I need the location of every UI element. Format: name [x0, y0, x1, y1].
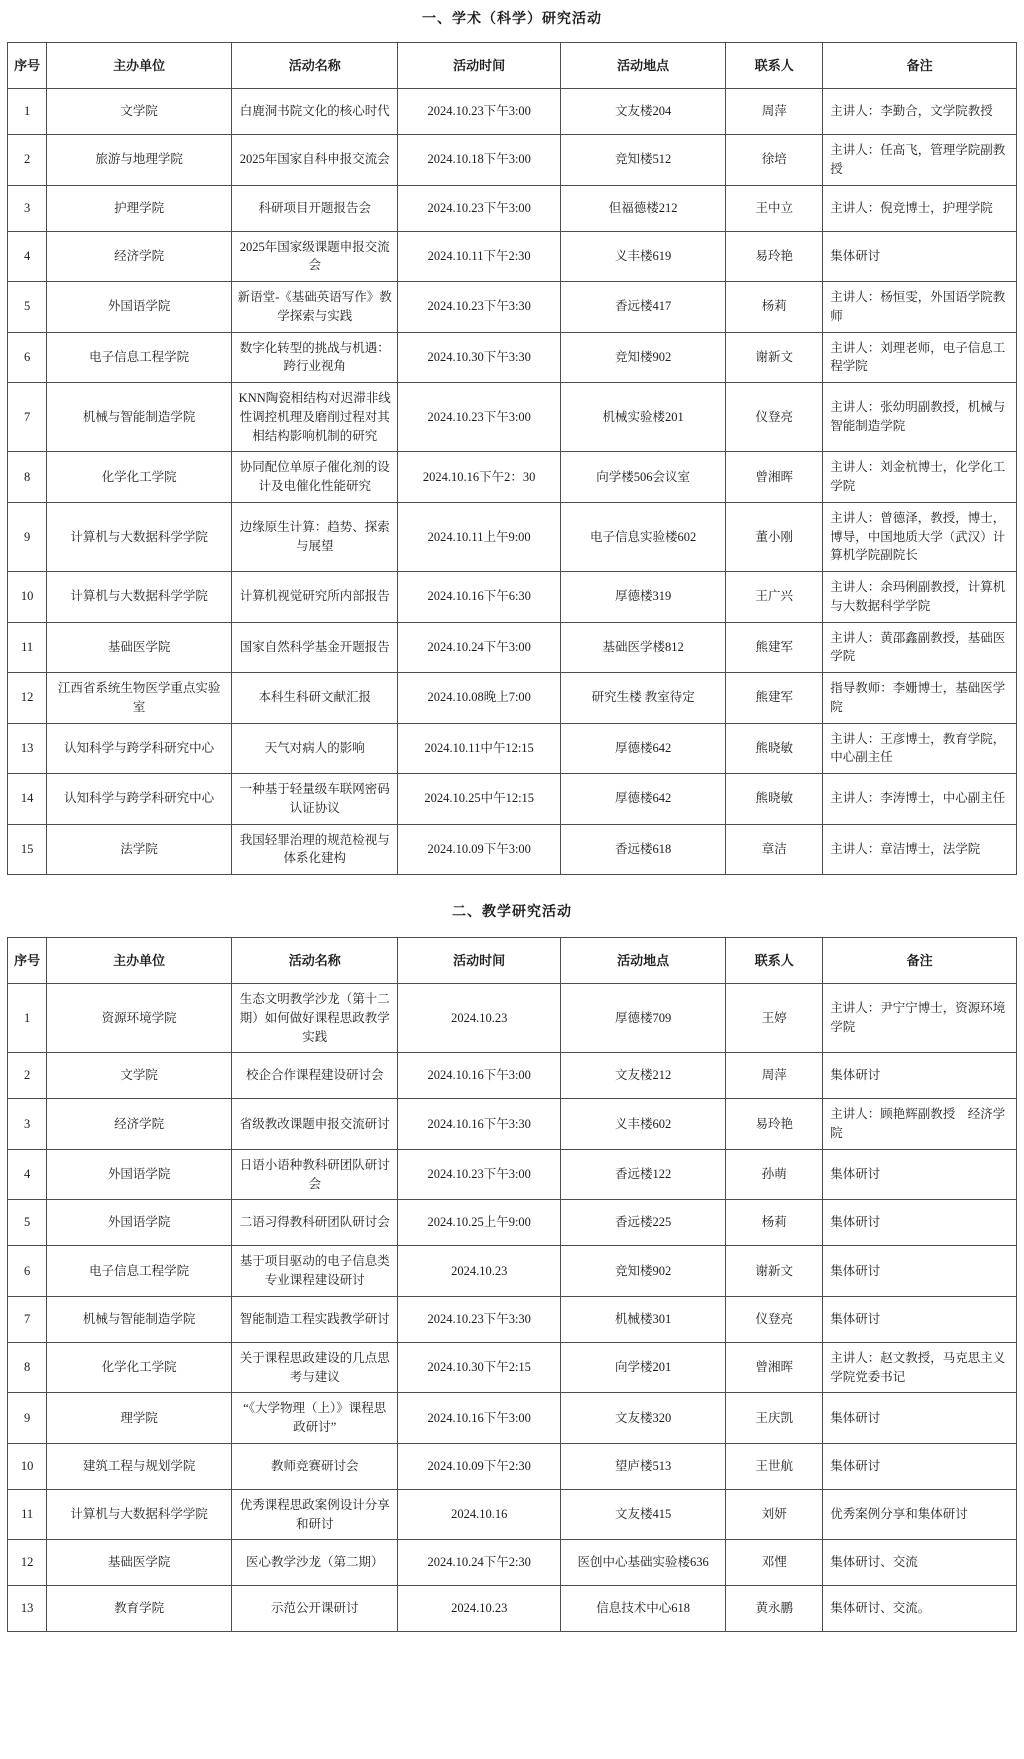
table-row: 5外国语学院新语堂-《基础英语写作》教学探索与实践2024.10.23下午3:3… — [8, 282, 1017, 333]
cell-organizer: 经济学院 — [47, 231, 232, 282]
cell-activity-name: 国家自然科学基金开题报告 — [231, 622, 397, 673]
table-row: 10建筑工程与规划学院教师竞赛研讨会2024.10.09下午2:30望庐楼513… — [8, 1443, 1017, 1489]
document-page: 一、学术（科学）研究活动 序号主办单位活动名称活动时间活动地点联系人备注 1文学… — [0, 0, 1024, 1632]
cell-no: 12 — [8, 1540, 47, 1586]
header-row: 序号主办单位活动名称活动时间活动地点联系人备注 — [8, 938, 1017, 984]
cell-no: 8 — [8, 1342, 47, 1393]
cell-activity-name: 基于项目驱动的电子信息类专业课程建设研讨 — [231, 1246, 397, 1297]
cell-organizer: 外国语学院 — [47, 1149, 232, 1200]
column-header-no: 序号 — [8, 938, 47, 984]
column-header-note: 备注 — [823, 938, 1017, 984]
table-body: 1资源环境学院生态文明教学沙龙（第十二期）如何做好课程思政教学实践2024.10… — [8, 984, 1017, 1632]
cell-note: 主讲人：张幼明副教授，机械与智能制造学院 — [823, 383, 1017, 452]
column-header-organizer: 主办单位 — [47, 43, 232, 89]
cell-activity-time: 2024.10.23 — [398, 1246, 560, 1297]
cell-note: 主讲人：曾德泽，教授，博士，博导，中国地质大学（武汉）计算机学院副院长 — [823, 502, 1017, 571]
table-row: 7机械与智能制造学院KNN陶瓷相结构对迟滞非线性调控机理及磨削过程对其相结构影响… — [8, 383, 1017, 452]
cell-no: 6 — [8, 332, 47, 383]
cell-activity-name: 优秀课程思政案例设计分享和研讨 — [231, 1489, 397, 1540]
cell-contact: 徐培 — [726, 135, 823, 186]
cell-no: 14 — [8, 774, 47, 825]
cell-activity-time: 2024.10.30下午2:15 — [398, 1342, 560, 1393]
column-header-activity-place: 活动地点 — [560, 43, 725, 89]
cell-contact: 杨莉 — [726, 1200, 823, 1246]
cell-activity-place: 文友楼212 — [560, 1053, 725, 1099]
cell-note: 主讲人：李勤合，文学院教授 — [823, 89, 1017, 135]
cell-organizer: 建筑工程与规划学院 — [47, 1443, 232, 1489]
cell-note: 集体研讨 — [823, 1246, 1017, 1297]
cell-activity-place: 医创中心基础实验楼636 — [560, 1540, 725, 1586]
cell-contact: 刘妍 — [726, 1489, 823, 1540]
cell-contact: 熊晓敏 — [726, 774, 823, 825]
cell-activity-time: 2024.10.16下午3:30 — [398, 1099, 560, 1150]
cell-organizer: 外国语学院 — [47, 282, 232, 333]
cell-activity-name: 本科生科研文献汇报 — [231, 673, 397, 724]
cell-note: 主讲人：刘金杭博士，化学化工学院 — [823, 452, 1017, 503]
cell-activity-name: 2025年国家自科申报交流会 — [231, 135, 397, 186]
cell-activity-place: 香远楼122 — [560, 1149, 725, 1200]
cell-contact: 章洁 — [726, 824, 823, 875]
table-row: 2文学院校企合作课程建设研讨会2024.10.16下午3:00文友楼212周萍集… — [8, 1053, 1017, 1099]
cell-organizer: 电子信息工程学院 — [47, 1246, 232, 1297]
cell-activity-name: “《大学物理（上）》课程思政研讨” — [231, 1393, 397, 1444]
cell-activity-place: 望庐楼513 — [560, 1443, 725, 1489]
cell-activity-place: 向学楼506会议室 — [560, 452, 725, 503]
cell-contact: 王婷 — [726, 984, 823, 1053]
cell-activity-name: 省级教改课题申报交流研讨 — [231, 1099, 397, 1150]
cell-activity-time: 2024.10.16下午3:00 — [398, 1053, 560, 1099]
cell-organizer: 理学院 — [47, 1393, 232, 1444]
cell-no: 4 — [8, 231, 47, 282]
cell-organizer: 基础医学院 — [47, 622, 232, 673]
cell-no: 11 — [8, 1489, 47, 1540]
cell-organizer: 法学院 — [47, 824, 232, 875]
cell-activity-place: 厚德楼642 — [560, 723, 725, 774]
cell-no: 3 — [8, 1099, 47, 1150]
cell-activity-name: KNN陶瓷相结构对迟滞非线性调控机理及磨削过程对其相结构影响机制的研究 — [231, 383, 397, 452]
cell-contact: 曾湘晖 — [726, 1342, 823, 1393]
cell-organizer: 认知科学与跨学科研究中心 — [47, 774, 232, 825]
cell-activity-name: 医心教学沙龙（第二期） — [231, 1540, 397, 1586]
column-header-activity-place: 活动地点 — [560, 938, 725, 984]
academic-research-table: 序号主办单位活动名称活动时间活动地点联系人备注 1文学院白鹿洞书院文化的核心时代… — [7, 42, 1017, 875]
cell-activity-name: 计算机视觉研究所内部报告 — [231, 572, 397, 623]
column-header-contact: 联系人 — [726, 938, 823, 984]
cell-note: 主讲人：章洁博士，法学院 — [823, 824, 1017, 875]
table-row: 6电子信息工程学院基于项目驱动的电子信息类专业课程建设研讨2024.10.23竞… — [8, 1246, 1017, 1297]
table-row: 3经济学院省级教改课题申报交流研讨2024.10.16下午3:30义丰楼602易… — [8, 1099, 1017, 1150]
cell-contact: 熊晓敏 — [726, 723, 823, 774]
cell-activity-time: 2024.10.16下午2：30 — [398, 452, 560, 503]
cell-no: 9 — [8, 1393, 47, 1444]
cell-no: 12 — [8, 673, 47, 724]
cell-activity-name: 一种基于轻量级车联网密码认证协议 — [231, 774, 397, 825]
cell-activity-place: 厚德楼709 — [560, 984, 725, 1053]
table-row: 13认知科学与跨学科研究中心天气对病人的影响2024.10.11中午12:15厚… — [8, 723, 1017, 774]
table-row: 2旅游与地理学院2025年国家自科申报交流会2024.10.18下午3:00竞知… — [8, 135, 1017, 186]
table-row: 8化学化工学院关于课程思政建设的几点思考与建议2024.10.30下午2:15向… — [8, 1342, 1017, 1393]
cell-activity-place: 文友楼415 — [560, 1489, 725, 1540]
cell-activity-name: 示范公开课研讨 — [231, 1586, 397, 1632]
cell-note: 主讲人：杨恒雯，外国语学院教师 — [823, 282, 1017, 333]
cell-activity-name: 边缘原生计算：趋势、探索与展望 — [231, 502, 397, 571]
cell-activity-time: 2024.10.11上午9:00 — [398, 502, 560, 571]
cell-contact: 王广兴 — [726, 572, 823, 623]
cell-activity-name: 我国轻罪治理的规范检视与体系化建构 — [231, 824, 397, 875]
cell-note: 主讲人：任高飞，管理学院副教授 — [823, 135, 1017, 186]
cell-activity-time: 2024.10.23下午3:30 — [398, 282, 560, 333]
cell-activity-name: 白鹿洞书院文化的核心时代 — [231, 89, 397, 135]
cell-no: 5 — [8, 1200, 47, 1246]
cell-no: 5 — [8, 282, 47, 333]
cell-no: 1 — [8, 89, 47, 135]
cell-activity-time: 2024.10.09下午3:00 — [398, 824, 560, 875]
cell-activity-time: 2024.10.30下午3:30 — [398, 332, 560, 383]
cell-contact: 周萍 — [726, 1053, 823, 1099]
teaching-research-table: 序号主办单位活动名称活动时间活动地点联系人备注 1资源环境学院生态文明教学沙龙（… — [7, 937, 1017, 1632]
table-row: 4外国语学院日语小语种教科研团队研讨会2024.10.23下午3:00香远楼12… — [8, 1149, 1017, 1200]
cell-activity-name: 关于课程思政建设的几点思考与建议 — [231, 1342, 397, 1393]
table-row: 7机械与智能制造学院智能制造工程实践教学研讨2024.10.23下午3:30机械… — [8, 1296, 1017, 1342]
cell-activity-name: 智能制造工程实践教学研讨 — [231, 1296, 397, 1342]
table-header: 序号主办单位活动名称活动时间活动地点联系人备注 — [8, 43, 1017, 89]
column-header-organizer: 主办单位 — [47, 938, 232, 984]
table-row: 11基础医学院国家自然科学基金开题报告2024.10.24下午3:00基础医学楼… — [8, 622, 1017, 673]
cell-no: 7 — [8, 383, 47, 452]
table-row: 9理学院“《大学物理（上）》课程思政研讨”2024.10.16下午3:00文友楼… — [8, 1393, 1017, 1444]
cell-contact: 王中立 — [726, 185, 823, 231]
cell-organizer: 经济学院 — [47, 1099, 232, 1150]
cell-contact: 周萍 — [726, 89, 823, 135]
cell-note: 主讲人：尹宁宁博士，资源环境学院 — [823, 984, 1017, 1053]
cell-contact: 王世航 — [726, 1443, 823, 1489]
cell-activity-place: 义丰楼619 — [560, 231, 725, 282]
cell-contact: 熊建军 — [726, 673, 823, 724]
cell-note: 集体研讨、交流。 — [823, 1586, 1017, 1632]
cell-activity-time: 2024.10.23下午3:00 — [398, 185, 560, 231]
cell-note: 集体研讨 — [823, 1053, 1017, 1099]
cell-activity-time: 2024.10.24下午2:30 — [398, 1540, 560, 1586]
cell-activity-time: 2024.10.23 — [398, 1586, 560, 1632]
cell-no: 2 — [8, 1053, 47, 1099]
cell-activity-name: 天气对病人的影响 — [231, 723, 397, 774]
cell-organizer: 电子信息工程学院 — [47, 332, 232, 383]
table-row: 8化学化工学院协同配位单原子催化剂的设计及电催化性能研究2024.10.16下午… — [8, 452, 1017, 503]
table-row: 6电子信息工程学院数字化转型的挑战与机遇：跨行业视角2024.10.30下午3:… — [8, 332, 1017, 383]
cell-activity-place: 向学楼201 — [560, 1342, 725, 1393]
cell-activity-time: 2024.10.23下午3:30 — [398, 1296, 560, 1342]
cell-contact: 杨莉 — [726, 282, 823, 333]
cell-note: 集体研讨 — [823, 1200, 1017, 1246]
cell-activity-name: 教师竞赛研讨会 — [231, 1443, 397, 1489]
cell-note: 主讲人：顾艳辉副教授 经济学院 — [823, 1099, 1017, 1150]
table-row: 1文学院白鹿洞书院文化的核心时代2024.10.23下午3:00文友楼204周萍… — [8, 89, 1017, 135]
table-row: 11计算机与大数据科学学院优秀课程思政案例设计分享和研讨2024.10.16文友… — [8, 1489, 1017, 1540]
cell-note: 主讲人：黄邵鑫副教授，基础医学院 — [823, 622, 1017, 673]
cell-activity-time: 2024.10.09下午2:30 — [398, 1443, 560, 1489]
cell-contact: 仪登亮 — [726, 383, 823, 452]
cell-contact: 熊建军 — [726, 622, 823, 673]
cell-activity-place: 厚德楼319 — [560, 572, 725, 623]
cell-activity-time: 2024.10.23下午3:00 — [398, 1149, 560, 1200]
cell-contact: 谢新文 — [726, 332, 823, 383]
column-header-note: 备注 — [823, 43, 1017, 89]
cell-activity-time: 2024.10.16 — [398, 1489, 560, 1540]
cell-activity-place: 香远楼618 — [560, 824, 725, 875]
cell-activity-place: 竞知楼902 — [560, 332, 725, 383]
table-row: 3护理学院科研项目开题报告会2024.10.23下午3:00但福德楼212王中立… — [8, 185, 1017, 231]
cell-contact: 仪登亮 — [726, 1296, 823, 1342]
table-body: 1文学院白鹿洞书院文化的核心时代2024.10.23下午3:00文友楼204周萍… — [8, 89, 1017, 875]
cell-activity-name: 校企合作课程建设研讨会 — [231, 1053, 397, 1099]
cell-activity-time: 2024.10.23下午3:00 — [398, 383, 560, 452]
cell-no: 11 — [8, 622, 47, 673]
cell-activity-time: 2024.10.25上午9:00 — [398, 1200, 560, 1246]
cell-organizer: 旅游与地理学院 — [47, 135, 232, 186]
column-header-contact: 联系人 — [726, 43, 823, 89]
cell-note: 主讲人：刘理老师，电子信息工程学院 — [823, 332, 1017, 383]
table-row: 14认知科学与跨学科研究中心一种基于轻量级车联网密码认证协议2024.10.25… — [8, 774, 1017, 825]
cell-note: 集体研讨 — [823, 1443, 1017, 1489]
table-row: 10计算机与大数据科学学院计算机视觉研究所内部报告2024.10.16下午6:3… — [8, 572, 1017, 623]
cell-organizer: 化学化工学院 — [47, 452, 232, 503]
cell-organizer: 教育学院 — [47, 1586, 232, 1632]
cell-note: 主讲人：李涛博士，中心副主任 — [823, 774, 1017, 825]
cell-no: 4 — [8, 1149, 47, 1200]
cell-organizer: 机械与智能制造学院 — [47, 1296, 232, 1342]
cell-contact: 易玲艳 — [726, 1099, 823, 1150]
cell-activity-time: 2024.10.24下午3:00 — [398, 622, 560, 673]
cell-no: 10 — [8, 1443, 47, 1489]
cell-activity-place: 义丰楼602 — [560, 1099, 725, 1150]
cell-organizer: 认知科学与跨学科研究中心 — [47, 723, 232, 774]
column-header-activity-time: 活动时间 — [398, 43, 560, 89]
table-row: 13教育学院示范公开课研讨2024.10.23信息技术中心618黄永鹏集体研讨、… — [8, 1586, 1017, 1632]
cell-activity-time: 2024.10.18下午3:00 — [398, 135, 560, 186]
cell-contact: 谢新文 — [726, 1246, 823, 1297]
header-row: 序号主办单位活动名称活动时间活动地点联系人备注 — [8, 43, 1017, 89]
cell-activity-place: 香远楼225 — [560, 1200, 725, 1246]
cell-no: 13 — [8, 723, 47, 774]
cell-activity-time: 2024.10.16下午6:30 — [398, 572, 560, 623]
cell-activity-place: 竞知楼902 — [560, 1246, 725, 1297]
cell-activity-name: 二语习得教科研团队研讨会 — [231, 1200, 397, 1246]
cell-activity-place: 厚德楼642 — [560, 774, 725, 825]
cell-activity-place: 文友楼204 — [560, 89, 725, 135]
cell-activity-place: 机械实验楼201 — [560, 383, 725, 452]
table-row: 12基础医学院医心教学沙龙（第二期）2024.10.24下午2:30医创中心基础… — [8, 1540, 1017, 1586]
table-header: 序号主办单位活动名称活动时间活动地点联系人备注 — [8, 938, 1017, 984]
cell-note: 集体研讨 — [823, 1393, 1017, 1444]
cell-activity-time: 2024.10.11中午12:15 — [398, 723, 560, 774]
cell-organizer: 机械与智能制造学院 — [47, 383, 232, 452]
cell-activity-place: 基础医学楼812 — [560, 622, 725, 673]
cell-activity-time: 2024.10.25中午12:15 — [398, 774, 560, 825]
cell-note: 集体研讨 — [823, 231, 1017, 282]
cell-organizer: 护理学院 — [47, 185, 232, 231]
cell-organizer: 计算机与大数据科学学院 — [47, 502, 232, 571]
cell-contact: 曾湘晖 — [726, 452, 823, 503]
column-header-activity-time: 活动时间 — [398, 938, 560, 984]
table-row: 5外国语学院二语习得教科研团队研讨会2024.10.25上午9:00香远楼225… — [8, 1200, 1017, 1246]
column-header-activity-name: 活动名称 — [231, 938, 397, 984]
cell-organizer: 文学院 — [47, 1053, 232, 1099]
table-row: 12江西省系统生物医学重点实验室本科生科研文献汇报2024.10.08晚上7:0… — [8, 673, 1017, 724]
cell-activity-place: 电子信息实验楼602 — [560, 502, 725, 571]
cell-no: 8 — [8, 452, 47, 503]
column-header-activity-name: 活动名称 — [231, 43, 397, 89]
cell-contact: 易玲艳 — [726, 231, 823, 282]
cell-activity-time: 2024.10.08晚上7:00 — [398, 673, 560, 724]
cell-activity-name: 生态文明教学沙龙（第十二期）如何做好课程思政教学实践 — [231, 984, 397, 1053]
cell-no: 1 — [8, 984, 47, 1053]
cell-activity-name: 2025年国家级课题申报交流会 — [231, 231, 397, 282]
cell-no: 7 — [8, 1296, 47, 1342]
cell-contact: 黄永鹏 — [726, 1586, 823, 1632]
cell-note: 主讲人：倪竞博士，护理学院 — [823, 185, 1017, 231]
cell-note: 主讲人：王彦博士，教育学院，中心副主任 — [823, 723, 1017, 774]
cell-activity-place: 研究生楼 教室待定 — [560, 673, 725, 724]
cell-contact: 董小刚 — [726, 502, 823, 571]
column-header-no: 序号 — [8, 43, 47, 89]
table-row: 1资源环境学院生态文明教学沙龙（第十二期）如何做好课程思政教学实践2024.10… — [8, 984, 1017, 1053]
cell-activity-place: 机械楼301 — [560, 1296, 725, 1342]
cell-note: 优秀案例分享和集体研讨 — [823, 1489, 1017, 1540]
cell-organizer: 计算机与大数据科学学院 — [47, 1489, 232, 1540]
section-teaching-research: 二、教学研究活动 序号主办单位活动名称活动时间活动地点联系人备注 1资源环境学院… — [0, 901, 1024, 1632]
cell-activity-place: 但福德楼212 — [560, 185, 725, 231]
section-academic-research: 一、学术（科学）研究活动 序号主办单位活动名称活动时间活动地点联系人备注 1文学… — [0, 8, 1024, 875]
cell-organizer: 外国语学院 — [47, 1200, 232, 1246]
cell-activity-name: 科研项目开题报告会 — [231, 185, 397, 231]
cell-note: 主讲人：赵文教授，马克思主义学院党委书记 — [823, 1342, 1017, 1393]
cell-activity-place: 文友楼320 — [560, 1393, 725, 1444]
cell-activity-time: 2024.10.16下午3:00 — [398, 1393, 560, 1444]
cell-activity-time: 2024.10.23 — [398, 984, 560, 1053]
cell-activity-place: 香远楼417 — [560, 282, 725, 333]
cell-organizer: 江西省系统生物医学重点实验室 — [47, 673, 232, 724]
table-row: 15法学院我国轻罪治理的规范检视与体系化建构2024.10.09下午3:00香远… — [8, 824, 1017, 875]
cell-contact: 邓悝 — [726, 1540, 823, 1586]
cell-organizer: 文学院 — [47, 89, 232, 135]
cell-note: 主讲人：余玛俐副教授，计算机与大数据科学学院 — [823, 572, 1017, 623]
cell-activity-name: 数字化转型的挑战与机遇：跨行业视角 — [231, 332, 397, 383]
cell-note: 集体研讨、交流 — [823, 1540, 1017, 1586]
cell-activity-name: 日语小语种教科研团队研讨会 — [231, 1149, 397, 1200]
table-row: 4经济学院2025年国家级课题申报交流会2024.10.11下午2:30义丰楼6… — [8, 231, 1017, 282]
cell-no: 9 — [8, 502, 47, 571]
cell-no: 10 — [8, 572, 47, 623]
cell-activity-time: 2024.10.11下午2:30 — [398, 231, 560, 282]
cell-no: 15 — [8, 824, 47, 875]
cell-no: 6 — [8, 1246, 47, 1297]
cell-no: 2 — [8, 135, 47, 186]
cell-note: 集体研讨 — [823, 1296, 1017, 1342]
cell-organizer: 基础医学院 — [47, 1540, 232, 1586]
cell-organizer: 化学化工学院 — [47, 1342, 232, 1393]
cell-activity-name: 协同配位单原子催化剂的设计及电催化性能研究 — [231, 452, 397, 503]
cell-no: 3 — [8, 185, 47, 231]
table-row: 9计算机与大数据科学学院边缘原生计算：趋势、探索与展望2024.10.11上午9… — [8, 502, 1017, 571]
cell-contact: 王庆凯 — [726, 1393, 823, 1444]
cell-activity-name: 新语堂-《基础英语写作》教学探索与实践 — [231, 282, 397, 333]
cell-note: 集体研讨 — [823, 1149, 1017, 1200]
cell-note: 指导教师：李姗博士，基础医学院 — [823, 673, 1017, 724]
cell-organizer: 资源环境学院 — [47, 984, 232, 1053]
cell-no: 13 — [8, 1586, 47, 1632]
cell-contact: 孙萌 — [726, 1149, 823, 1200]
cell-activity-place: 信息技术中心618 — [560, 1586, 725, 1632]
cell-activity-place: 竞知楼512 — [560, 135, 725, 186]
cell-activity-time: 2024.10.23下午3:00 — [398, 89, 560, 135]
cell-organizer: 计算机与大数据科学学院 — [47, 572, 232, 623]
section-title-teaching-research: 二、教学研究活动 — [0, 901, 1024, 921]
section-title-academic-research: 一、学术（科学）研究活动 — [0, 8, 1024, 28]
